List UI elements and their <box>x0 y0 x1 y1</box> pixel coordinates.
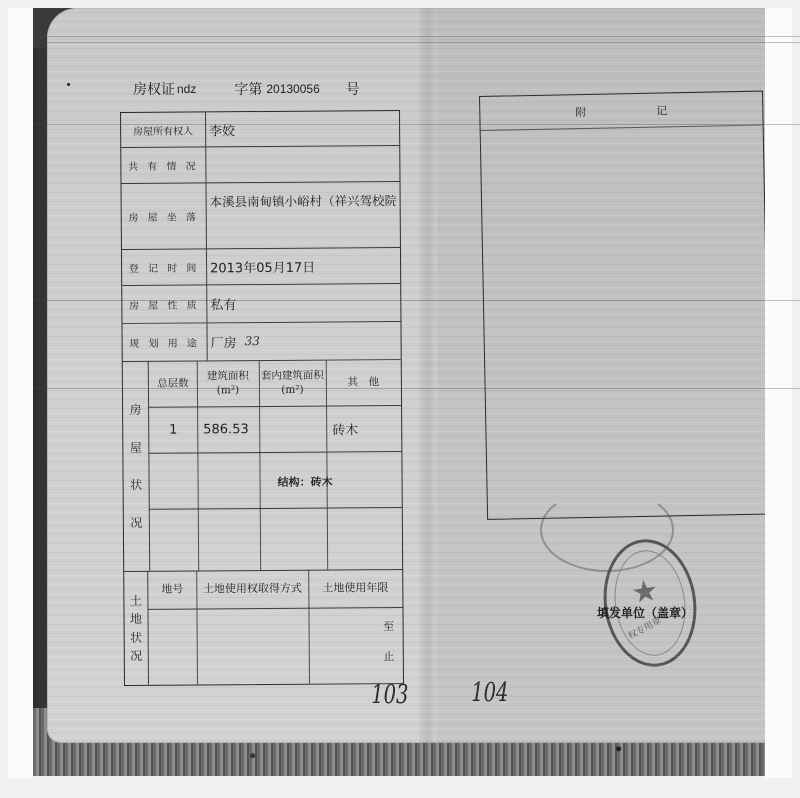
row-location: 房 屋 坐 落 本溪县南甸镇小峪村（祥兴驾校院内） <box>121 181 399 250</box>
label-char: 状 <box>130 476 142 493</box>
certificate-number: 20130056 <box>266 82 319 96</box>
label-char: 屋 <box>130 439 142 456</box>
field-label: 房 屋 性 质 <box>122 284 207 323</box>
field-label: 规 划 用 途 <box>122 322 207 361</box>
floors-value: 1 <box>149 406 197 452</box>
location-value: 本溪县南甸镇小峪村（祥兴驾校院内） <box>209 181 395 248</box>
annex-title-divider <box>481 125 763 131</box>
handwritten-mark: 33 <box>245 334 260 348</box>
owner-value: 李姣 <box>209 111 395 146</box>
scan-artifact-line <box>33 42 800 43</box>
property-nature-value: 私有 <box>210 283 396 322</box>
planned-use-value: 厂房 <box>211 332 237 351</box>
scan-artifact-line <box>33 300 800 301</box>
annex-title-right: 记 <box>656 102 667 118</box>
row-co-ownership: 共 有 情 况 <box>121 145 399 184</box>
page-number-right: 104 <box>471 678 508 708</box>
booklet-spine <box>419 8 437 743</box>
co-ownership-value <box>209 145 395 182</box>
ownership-form-table: 房屋所有权人 李姣 共 有 情 况 房 屋 坐 落 本溪县南甸镇小峪村（祥兴驾校… <box>120 110 404 686</box>
house-status-label: 房 屋 状 况 <box>123 361 150 571</box>
col-header-inner-area: 套内建筑面积 (m²) <box>259 360 326 406</box>
structure-overlay-note: 结构：砖木 <box>278 471 388 492</box>
term-to: 止 <box>380 647 398 667</box>
scan-artifact-line <box>33 388 800 389</box>
certificate-number-line: 房权证 ndz 字第 20130056 号 <box>133 77 463 101</box>
row-property-nature: 房 屋 性 质 私有 <box>122 283 400 324</box>
land-status-label: 土 地 状 况 <box>124 571 149 685</box>
annex-notes-box: 附 记 <box>479 91 765 520</box>
field-label: 共 有 情 况 <box>121 146 206 183</box>
col-header-land-term: 土地使用年限 <box>308 569 402 608</box>
scan-margin-left <box>8 8 33 778</box>
label-char: 土 <box>130 592 142 609</box>
house-status-grid: 总层数 建筑面积 (m²) 套内建筑面积 (m²) 其 他 1 586.53 砖… <box>149 359 402 571</box>
building-area-value: 586.53 <box>203 406 263 452</box>
cert-prefix: 房权证 <box>133 79 175 99</box>
scan-artifact-line <box>33 124 800 125</box>
district-code: ndz <box>177 82 196 96</box>
col-header-other: 其 他 <box>326 359 401 406</box>
field-label: 登 记 时 间 <box>122 248 207 285</box>
annex-title-left: 附 <box>575 104 586 120</box>
house-status-section: 房 屋 状 况 总层数 建筑面积 (m²) 套内建筑面积 (m²) 其 他 <box>123 359 402 572</box>
col-header-floors: 总层数 <box>149 360 197 406</box>
label-char: 状 <box>130 628 142 645</box>
inner-area-value <box>263 406 323 452</box>
annex-title: 附 记 <box>480 96 762 127</box>
page-number-left: 103 <box>371 680 408 710</box>
issuer-label: 填发单位（盖章） <box>597 604 693 621</box>
number-suffix: 号 <box>346 79 360 99</box>
row-registration-date: 登 记 时 间 2013年05月17日 <box>122 247 400 286</box>
dot-mark <box>67 83 70 86</box>
registration-date-value: 2013年05月17日 <box>210 247 396 284</box>
other-value: 砖木 <box>332 405 392 451</box>
scan-artifact-line <box>33 36 800 37</box>
term-from: 至 <box>380 617 398 637</box>
planned-use-cell: 厂房 33 <box>210 321 396 360</box>
row-owner: 房屋所有权人 李姣 <box>121 111 399 148</box>
label-char: 况 <box>130 647 142 664</box>
label-char: 地 <box>130 610 142 627</box>
col-header-lot-number: 地号 <box>148 570 196 608</box>
label-char: 况 <box>130 513 142 530</box>
col-header-acquisition-method: 土地使用权取得方式 <box>196 570 308 609</box>
field-label: 房屋所有权人 <box>121 112 206 147</box>
field-label: 房 屋 坐 落 <box>121 182 206 249</box>
land-status-section: 土 地 状 况 地号 土地使用权取得方式 土地使用年限 至 止 <box>124 569 403 685</box>
row-planned-use: 规 划 用 途 厂房 33 <box>122 321 400 362</box>
col-header-building-area: 建筑面积 (m²) <box>197 360 259 406</box>
number-label: 字第 <box>234 79 262 99</box>
label-char: 房 <box>130 401 142 418</box>
certificate-booklet: 房权证 ndz 字第 20130056 号 房屋所有权人 李姣 共 有 情 况 … <box>47 8 765 743</box>
